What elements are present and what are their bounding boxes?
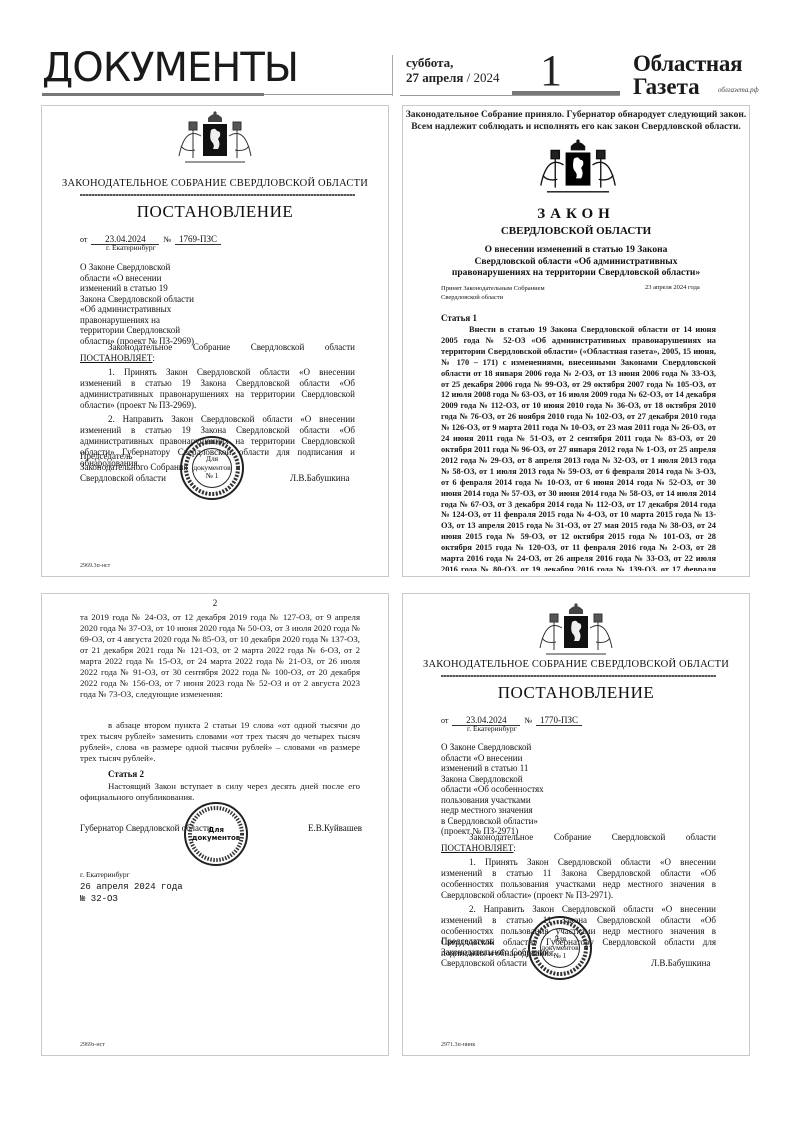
document-number: 1770-ПЗС [536, 715, 582, 726]
document-city: г. Екатеринбург [106, 243, 156, 252]
article-1-text: Внести в статью 19 Закона Свердловской о… [441, 325, 716, 571]
resolution-1769-document: ЗАКОНОДАТЕЛЬНОЕ СОБРАНИЕ СВЕРДЛОВСКОЙ ОБ… [41, 105, 389, 577]
coat-of-arms-icon [536, 138, 620, 198]
law-name: О внесении изменений в статью 19 Закона … [403, 245, 749, 280]
official-seal-icon: Для документов [184, 802, 248, 866]
signer-name: Л.В.Бабушкина [651, 958, 710, 969]
law-city: г. Екатеринбург [80, 870, 130, 879]
governor-name: Е.В.Куйвашев [308, 823, 362, 834]
document-number: 1769-ПЗС [175, 234, 221, 245]
law-signed-date: 26 апреля 2024 года [80, 881, 183, 893]
preamble: Законодательное Собрание Свердловской об… [441, 832, 716, 854]
official-seal-icon: Для документов № 1 [528, 916, 592, 980]
letterhead-rule [80, 194, 355, 196]
law-adopted-date: 23 апреля 2024 года [645, 284, 700, 291]
issue-date: суббота, 27 апреля / 2024 [406, 55, 500, 85]
issue-day: 27 апреля [406, 70, 463, 85]
newspaper-masthead: ДОКУМЕНТЫ суббота, 27 апреля / 2024 1 Об… [0, 0, 800, 100]
article-2-text: Настоящий Закон вступает в силу через де… [80, 781, 360, 803]
article-1-continuation: та 2019 года № 24-ОЗ, от 12 декабря 2019… [80, 612, 360, 700]
header-rule-right [400, 95, 620, 96]
page-number-bar [512, 91, 620, 95]
amendment-text: в абзаце втором пункта 2 статьи 19 слова… [80, 720, 360, 764]
law-adopted: Принят Законодательным Собранием Свердло… [441, 284, 545, 302]
resolution-item-1: 1. Принять Закон Свердловской области «О… [441, 857, 716, 901]
article-1-title: Статья 1 [441, 313, 477, 323]
page-2-number: 2 [42, 598, 388, 608]
newspaper-site: облгазета.рф [718, 86, 759, 94]
header-divider [392, 55, 393, 96]
law-number: № 32-ОЗ [80, 893, 118, 905]
document-city: г. Екатеринбург [467, 724, 517, 733]
document-type: ПОСТАНОВЛЕНИЕ [42, 202, 388, 222]
law-title: ЗАКОН [403, 206, 749, 223]
signer-name: Л.В.Бабушкина [290, 473, 349, 484]
footer-code: 2971.3п-нинк [441, 1042, 475, 1048]
page-number: 1 [540, 48, 562, 94]
issue-weekday: суббота, [406, 55, 500, 70]
footer-code: 2969.3п-нст [80, 563, 110, 569]
law-document-page-2: 2 та 2019 года № 24-ОЗ, от 12 декабря 20… [41, 593, 389, 1056]
resolution-item-1: 1. Принять Закон Свердловской области «О… [80, 367, 355, 411]
footer-code: 2969з-нст [80, 1042, 105, 1048]
header-rule [264, 94, 392, 95]
official-seal-icon: Для документов № 1 [180, 436, 244, 500]
organization-name: ЗАКОНОДАТЕЛЬНОЕ СОБРАНИЕ СВЕРДЛОВСКОЙ ОБ… [42, 178, 388, 189]
law-document-page-1: Законодательное Собрание приняло. Губерн… [402, 105, 750, 577]
article-2-title: Статья 2 [108, 769, 144, 779]
coat-of-arms-icon [536, 602, 616, 660]
law-subtitle: СВЕРДЛОВСКОЙ ОБЛАСТИ [403, 225, 749, 237]
coat-of-arms-icon [175, 110, 255, 168]
preamble: Законодательное Собрание Свердловской об… [80, 342, 355, 364]
document-subject: О Законе Свердловской области «О внесени… [80, 262, 210, 346]
resolution-1770-document: ЗАКОНОДАТЕЛЬНОЕ СОБРАНИЕ СВЕРДЛОВСКОЙ ОБ… [402, 593, 750, 1056]
letterhead-rule [441, 675, 716, 677]
issue-year: / 2024 [467, 70, 500, 85]
signer-title: Председатель Законодательного Собрания С… [80, 451, 188, 484]
section-title: ДОКУМЕНТЫ [42, 44, 298, 92]
organization-name: ЗАКОНОДАТЕЛЬНОЕ СОБРАНИЕ СВЕРДЛОВСКОЙ ОБ… [403, 659, 749, 670]
newspaper-logo-line2: Газета [633, 75, 700, 99]
document-subject: О Законе Свердловской области «О внесени… [441, 742, 571, 837]
law-preface: Законодательное Собрание приняло. Губерн… [403, 110, 749, 133]
document-type: ПОСТАНОВЛЕНИЕ [403, 683, 749, 703]
newspaper-logo-line1: Областная [633, 52, 742, 76]
section-title-underline [42, 93, 264, 96]
